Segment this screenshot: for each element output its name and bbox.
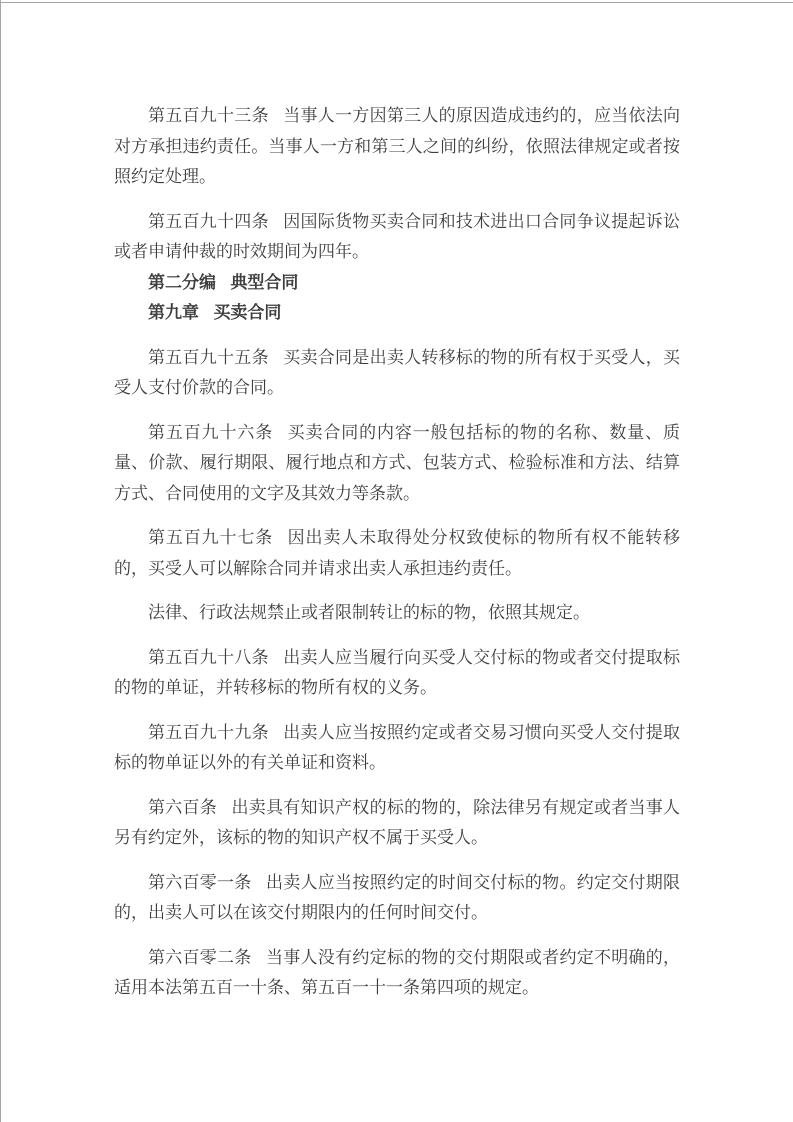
- law-article-600: 第六百条出卖具有知识产权的标的物的，除法律另有规定或者当事人另有约定外，该标的物…: [114, 793, 680, 854]
- law-article-596: 第五百九十六条买卖合同的内容一般包括标的物的名称、数量、质量、价款、履行期限、履…: [114, 418, 680, 510]
- law-article-597: 第五百九十七条因出卖人未取得处分权致使标的物所有权不能转移的，买受人可以解除合同…: [114, 523, 680, 584]
- article-text: 法律、行政法规禁止或者限制转让的标的物，依照其规定。: [148, 603, 590, 622]
- document-body: 第五百九十三条当事人一方因第三人的原因造成违约的，应当依法向对方承担违约责任。当…: [114, 101, 680, 1004]
- heading-number: 第九章: [148, 303, 199, 322]
- page-left-edge-line: [0, 0, 1, 1122]
- heading-title: 买卖合同: [213, 303, 281, 322]
- article-number: 第六百零二条: [148, 948, 252, 967]
- chapter-heading: 第九章买卖合同: [114, 298, 680, 329]
- article-number: 第六百零一条: [148, 873, 252, 892]
- article-number: 第五百九十七条: [148, 528, 273, 547]
- part-heading: 第二分编典型合同: [114, 268, 680, 299]
- heading-number: 第二分编: [148, 273, 216, 292]
- article-number: 第五百九十六条: [148, 423, 273, 442]
- law-article-594: 第五百九十四条因国际货物买卖合同和技术进出口合同争议提起诉讼或者申请仲裁的时效期…: [114, 207, 680, 268]
- law-article-598: 第五百九十八条出卖人应当履行向买受人交付标的物或者交付提取标的物的单证，并转移标…: [114, 643, 680, 704]
- law-article-602: 第六百零二条当事人没有约定标的物的交付期限或者约定不明确的，适用本法第五百一十条…: [114, 943, 680, 1004]
- article-number: 第六百条: [148, 798, 217, 817]
- law-article-601: 第六百零一条出卖人应当按照约定的时间交付标的物。约定交付期限的，出卖人可以在该交…: [114, 868, 680, 929]
- law-article-597-paragraph-2: 法律、行政法规禁止或者限制转让的标的物，依照其规定。: [114, 598, 680, 629]
- page: { "page": { "background": "#ffffff", "bo…: [0, 0, 793, 1122]
- page-top-edge-line: [0, 2, 793, 3]
- article-number: 第五百九十九条: [148, 723, 269, 742]
- article-number: 第五百九十三条: [148, 106, 269, 125]
- article-number: 第五百九十四条: [148, 212, 269, 231]
- article-number: 第五百九十五条: [148, 348, 269, 367]
- law-article-595: 第五百九十五条买卖合同是出卖人转移标的物的所有权于买受人，买受人支付价款的合同。: [114, 343, 680, 404]
- heading-title: 典型合同: [230, 273, 298, 292]
- law-article-593: 第五百九十三条当事人一方因第三人的原因造成违约的，应当依法向对方承担违约责任。当…: [114, 101, 680, 193]
- law-article-599: 第五百九十九条出卖人应当按照约定或者交易习惯向买受人交付提取标的物单证以外的有关…: [114, 718, 680, 779]
- article-number: 第五百九十八条: [148, 648, 269, 667]
